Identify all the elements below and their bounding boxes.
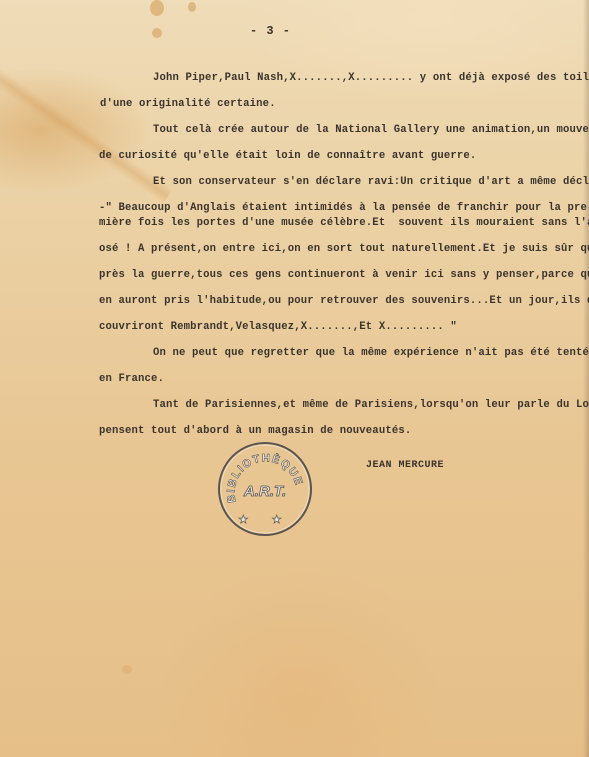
text-line: On ne peut que regretter que la même exp… (153, 347, 589, 359)
stain-spot (122, 665, 132, 674)
text-line: osé ! A présent,on entre ici,on en sort … (99, 243, 589, 255)
text-line: de curiosité qu'elle était loin de conna… (99, 150, 476, 162)
stain-spot (188, 2, 196, 12)
library-stamp: BIBLIOTHÈQUE A.R.T. ★ ★ (216, 440, 314, 538)
stamp-center-text: A.R.T. (243, 483, 286, 500)
paper-fold-stain (0, 40, 173, 204)
text-line: Et son conservateur s'en déclare ravi:Un… (153, 176, 589, 188)
text-line: -" Beaucoup d'Anglais étaient intimidés … (99, 202, 589, 214)
text-line: couvriront Rembrandt,Velasquez,X.......,… (99, 321, 457, 333)
stain-spot (152, 28, 162, 38)
page-edge-shadow (583, 0, 589, 757)
text-line: mière fois les portes d'une musée célèbr… (99, 217, 589, 229)
signature: JEAN MERCURE (366, 460, 444, 471)
text-line: en auront pris l'habitude,ou pour retrou… (99, 295, 589, 307)
page-number: - 3 - (250, 24, 291, 38)
text-line: en France. (99, 373, 164, 385)
text-line: John Piper,Paul Nash,X.......,X.........… (153, 72, 589, 84)
text-line: Tant de Parisiennes,et même de Parisiens… (153, 399, 589, 411)
text-line: près la guerre,tous ces gens continueron… (99, 269, 589, 281)
stamp-stars: ★ ★ (238, 513, 291, 526)
text-line: pensent tout d'abord à un magasin de nou… (99, 425, 411, 437)
stain-spot (150, 0, 164, 16)
text-line: d'une originalité certaine. (100, 98, 276, 110)
text-line: Tout celà crée autour de la National Gal… (153, 124, 589, 136)
stamp-icon: BIBLIOTHÈQUE A.R.T. ★ ★ (216, 440, 314, 538)
